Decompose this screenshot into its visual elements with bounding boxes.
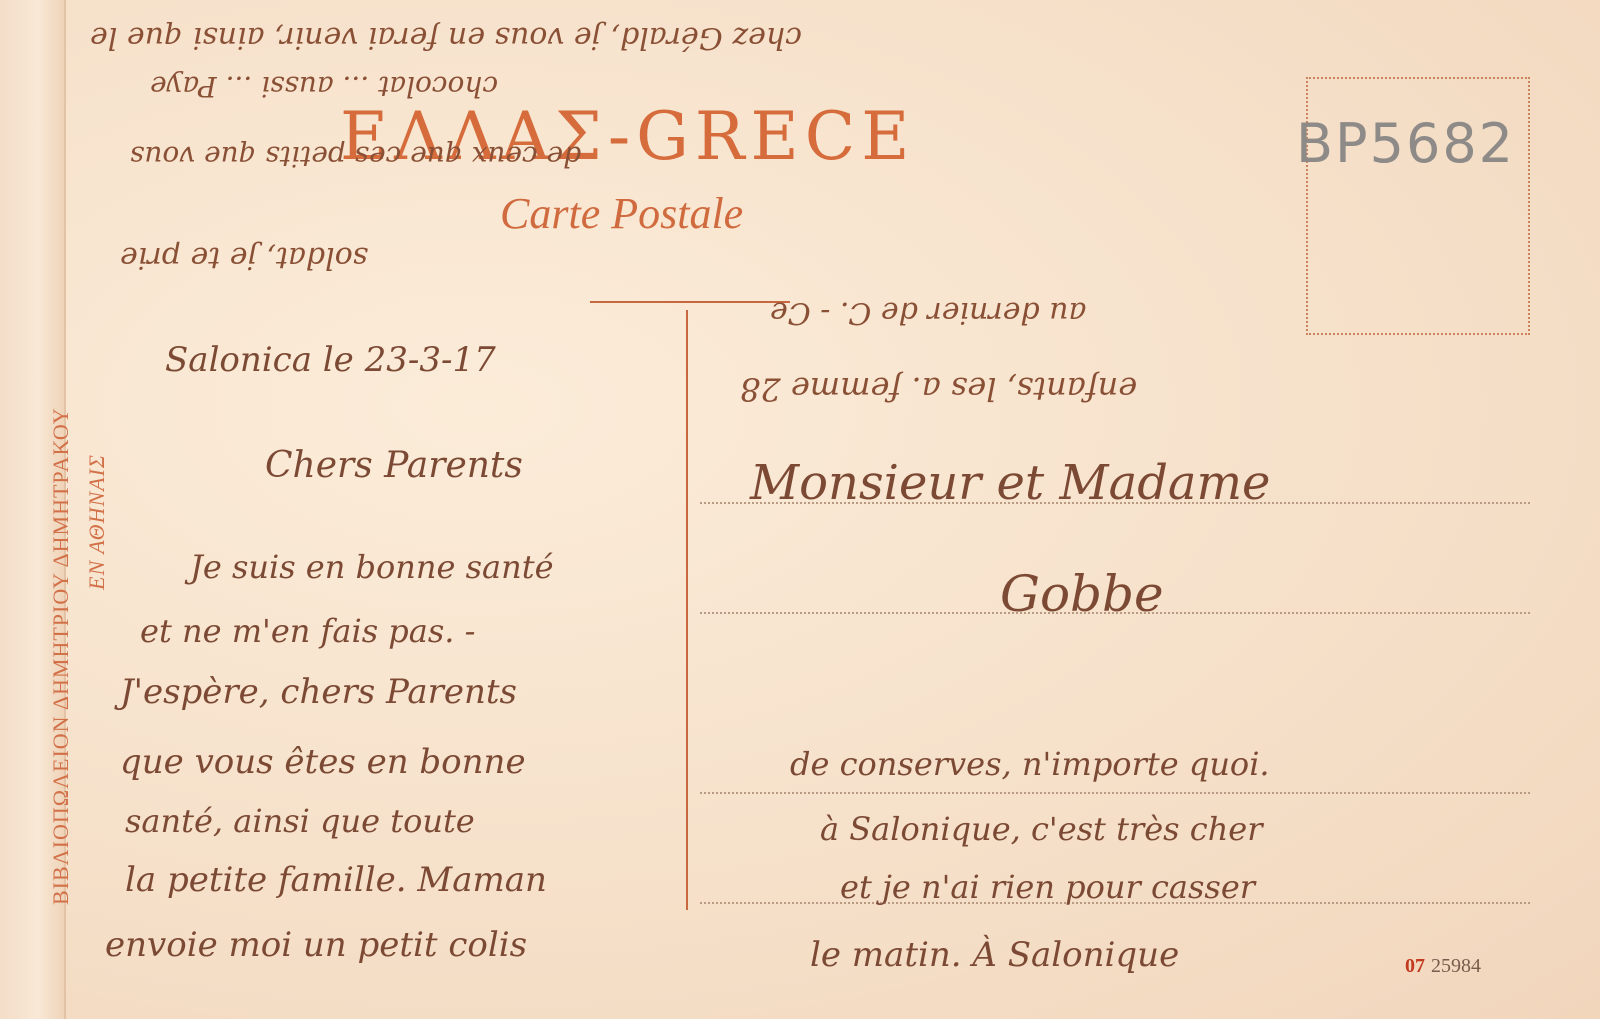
letter-line: la petite famille. Maman — [125, 860, 547, 900]
postcard-back: ΕΛΛΑΣ-GRECE Carte Postale ΒΙΒΛΙΟΠΩΛΕΙΟΝ … — [0, 0, 1600, 1019]
upside-down-line: soldat, je te prie — [120, 240, 368, 275]
address-recipient: Monsieur et Madame — [750, 455, 1270, 511]
address-line-rule — [700, 792, 1530, 794]
serial-code: 07 — [1405, 955, 1425, 977]
letter-dateline: Salonica le 23-3-17 — [165, 340, 496, 380]
serial-digits: 25984 — [1431, 955, 1481, 977]
upside-down-line: enfants, les a. femme 28 — [740, 370, 1137, 408]
publisher-imprint: ΒΙΒΛΙΟΠΩΛΕΙΟΝ ΔΗΜΗΤΡΙΟΥ ΔΗΜΗΤΡΑΚΟΥ ΕΝ ΑΘ… — [48, 90, 118, 910]
letter-line: santé, ainsi que toute — [125, 802, 475, 840]
postcard-subtitle: Carte Postale — [500, 192, 743, 236]
serial-number: 0725984 — [1405, 955, 1481, 978]
letter-line: que vous êtes en bonne — [120, 742, 526, 782]
upside-down-line: chez Gérald, je vous en ferai venir, ain… — [90, 20, 802, 55]
letter-right-line: à Salonique, c'est très cher — [820, 810, 1263, 848]
letter-line: Je suis en bonne santé — [190, 548, 554, 586]
letter-line: envoie moi un petit colis — [105, 925, 527, 965]
letter-right-line: de conserves, n'importe quoi. — [790, 745, 1270, 783]
center-divider — [686, 310, 688, 910]
address-name: Gobbe — [1000, 565, 1164, 623]
upside-down-line: au dernier de C. - Ce — [770, 295, 1086, 330]
upside-down-line: chocolat ... aussi ... Paye — [150, 70, 498, 103]
publisher-city: ΕΝ ΑΘΗΝΑΙΣ — [84, 454, 110, 590]
pencil-reference: BP5682 — [1296, 112, 1515, 175]
letter-right-line: et je n'ai rien pour casser — [840, 868, 1255, 906]
upside-down-line: de ceux que ces petits que vous — [130, 140, 581, 173]
letter-salutation: Chers Parents — [265, 445, 523, 486]
letter-line: J'espère, chers Parents — [120, 672, 517, 712]
letter-line: et ne m'en fais pas. - — [140, 612, 475, 650]
publisher-name: ΒΙΒΛΙΟΠΩΛΕΙΟΝ ΔΗΜΗΤΡΙΟΥ ΔΗΜΗΤΡΑΚΟΥ — [48, 407, 74, 905]
letter-right-line: le matin. À Salonique — [810, 935, 1179, 975]
header-rule — [590, 301, 790, 303]
